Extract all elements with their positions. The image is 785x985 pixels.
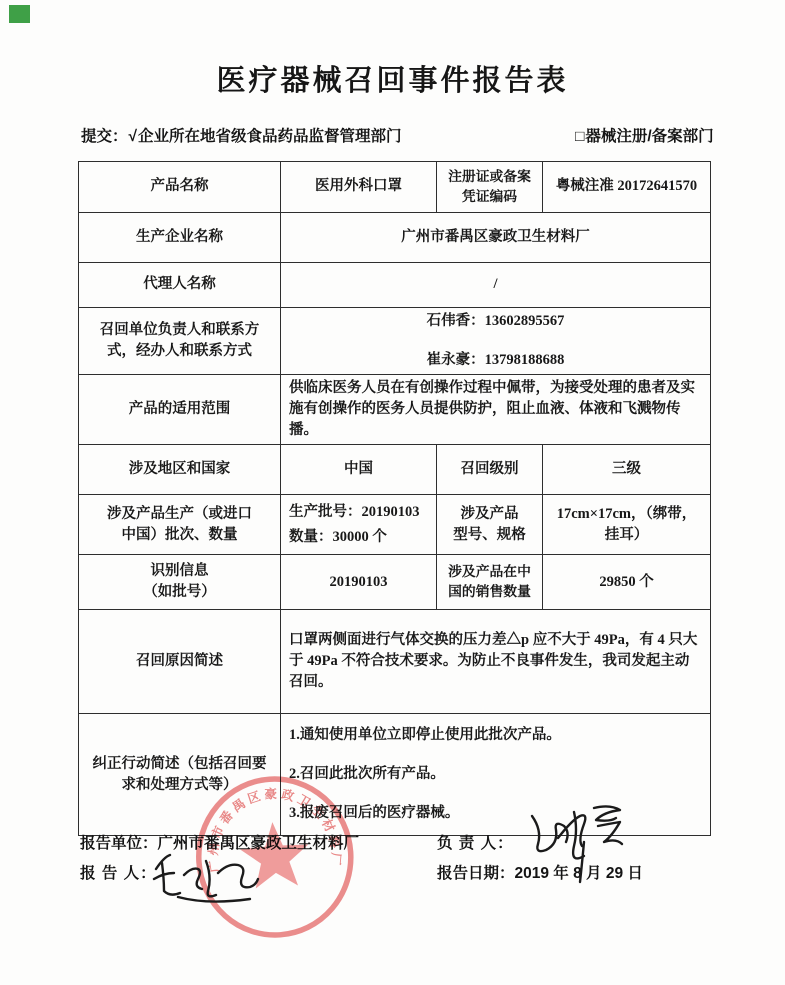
recall-reason-value: 口罩两侧面进行气体交换的压力差△p 应不大于 49Pa，有 4 只大于 49Pa…	[281, 610, 711, 714]
batches-value: 生产批号：20190103 数量：30000 个	[281, 495, 437, 555]
submit-option-checked: 提交：√企业所在地省级食品药品监督管理部门	[81, 124, 402, 146]
agent-value: /	[281, 263, 711, 308]
report-unit-value: 广州市番禺区豪政卫生材料厂	[158, 835, 360, 852]
recall-level-label: 召回级别	[437, 445, 543, 495]
table-row-identification: 识别信息 （如批号） 20190103 涉及产品在中 国的销售数量 29850 …	[79, 555, 711, 610]
registration-no-label: 注册证或备案 凭证编码	[437, 162, 543, 213]
identification-label: 识别信息 （如批号）	[79, 555, 281, 610]
product-name-value: 医用外科口罩	[281, 162, 437, 213]
submit-label: 提交：	[81, 128, 128, 145]
product-name-label: 产品名称	[79, 162, 281, 213]
check-icon: √	[128, 128, 139, 145]
reporter-label: 报 告 人：	[80, 861, 157, 883]
registration-no-value: 粤械注准 20172641570	[543, 162, 711, 213]
recall-reason-label: 召回原因简述	[79, 610, 281, 714]
table-row-region: 涉及地区和国家 中国 召回级别 三级	[79, 445, 711, 495]
recall-level-value: 三级	[543, 445, 711, 495]
identification-value: 20190103	[281, 555, 437, 610]
corrective-action-2: 2.召回此批次所有产品。	[289, 764, 702, 785]
batches-label: 涉及产品生产（或进口 中国）批次、数量	[79, 495, 281, 555]
table-row-manufacturer: 生产企业名称 广州市番禺区豪政卫生材料厂	[79, 213, 711, 263]
region-label: 涉及地区和国家	[79, 445, 281, 495]
table-row-contacts: 召回单位负责人和联系方 式，经办人和联系方式 石伟香：13602895567 崔…	[79, 308, 711, 375]
reporter-signature	[148, 845, 263, 915]
scope-value: 供临床医务人员在有创操作过程中佩带，为接受处理的患者及实施有创操作的医务人员提供…	[281, 375, 711, 445]
handler-contact: 崔永豪：13798188688	[289, 350, 702, 371]
manufacturer-value: 广州市番禺区豪政卫生材料厂	[281, 213, 711, 263]
china-sales-value: 29850 个	[543, 555, 711, 610]
contacts-value: 石伟香：13602895567 崔永豪：13798188688	[281, 308, 711, 375]
responsible-person-label: 负 责 人：	[437, 831, 514, 853]
responsible-contact: 石伟香：13602895567	[289, 311, 702, 332]
submit-line: 提交：√企业所在地省级食品药品监督管理部门 □器械注册/备案部门	[0, 124, 785, 146]
manufacturer-label: 生产企业名称	[79, 213, 281, 263]
table-row-reason: 召回原因简述 口罩两侧面进行气体交换的压力差△p 应不大于 49Pa，有 4 只…	[79, 610, 711, 714]
page-title: 医疗器械召回事件报告表	[0, 58, 785, 99]
corrective-action-1: 1.通知使用单位立即停止使用此批次产品。	[289, 725, 702, 746]
scope-label: 产品的适用范围	[79, 375, 281, 445]
corrective-actions-value: 1.通知使用单位立即停止使用此批次产品。 2.召回此批次所有产品。 3.报废召回…	[281, 714, 711, 836]
china-sales-label: 涉及产品在中 国的销售数量	[437, 555, 543, 610]
corrective-actions-label: 纠正行动简述（包括召回要 求和处理方式等）	[79, 714, 281, 836]
table-row-product: 产品名称 医用外科口罩 注册证或备案 凭证编码 粤械注准 20172641570	[79, 162, 711, 213]
batch-number-line: 生产批号：20190103	[289, 500, 428, 525]
agent-label: 代理人名称	[79, 263, 281, 308]
contacts-label: 召回单位负责人和联系方 式，经办人和联系方式	[79, 308, 281, 375]
report-date-line: 报告日期：2019 年 8 月 29 日	[437, 861, 643, 883]
report-date-label: 报告日期：	[437, 865, 515, 882]
scanned-recall-report-page: 医疗器械召回事件报告表 提交：√企业所在地省级食品药品监督管理部门 □器械注册/…	[0, 0, 785, 985]
submit-checked-text: 企业所在地省级食品药品监督管理部门	[138, 128, 402, 145]
table-row-batches: 涉及产品生产（或进口 中国）批次、数量 生产批号：20190103 数量：300…	[79, 495, 711, 555]
submit-option-unchecked: □器械注册/备案部门	[575, 124, 714, 146]
table-row-actions: 纠正行动简述（包括召回要 求和处理方式等） 1.通知使用单位立即停止使用此批次产…	[79, 714, 711, 836]
report-date-value: 2019 年 8 月 29 日	[515, 865, 643, 882]
batch-quantity-line: 数量：30000 个	[289, 525, 428, 550]
corrective-action-3: 3.报废召回后的医疗器械。	[289, 803, 702, 824]
model-spec-value: 17cm×17cm，（绑带，挂耳）	[543, 495, 711, 555]
report-unit-label: 报告单位：	[80, 835, 158, 852]
recall-report-table: 产品名称 医用外科口罩 注册证或备案 凭证编码 粤械注准 20172641570…	[78, 161, 711, 836]
table-row-agent: 代理人名称 /	[79, 263, 711, 308]
scan-corner-artifact	[9, 5, 30, 23]
table-row-scope: 产品的适用范围 供临床医务人员在有创操作过程中佩带，为接受处理的患者及实施有创操…	[79, 375, 711, 445]
model-spec-label: 涉及产品 型号、规格	[437, 495, 543, 555]
checkbox-unchecked-icon: □	[575, 128, 585, 145]
submit-unchecked-text: 器械注册/备案部门	[585, 128, 713, 145]
region-value: 中国	[281, 445, 437, 495]
report-unit-line: 报告单位：广州市番禺区豪政卫生材料厂	[80, 831, 359, 853]
